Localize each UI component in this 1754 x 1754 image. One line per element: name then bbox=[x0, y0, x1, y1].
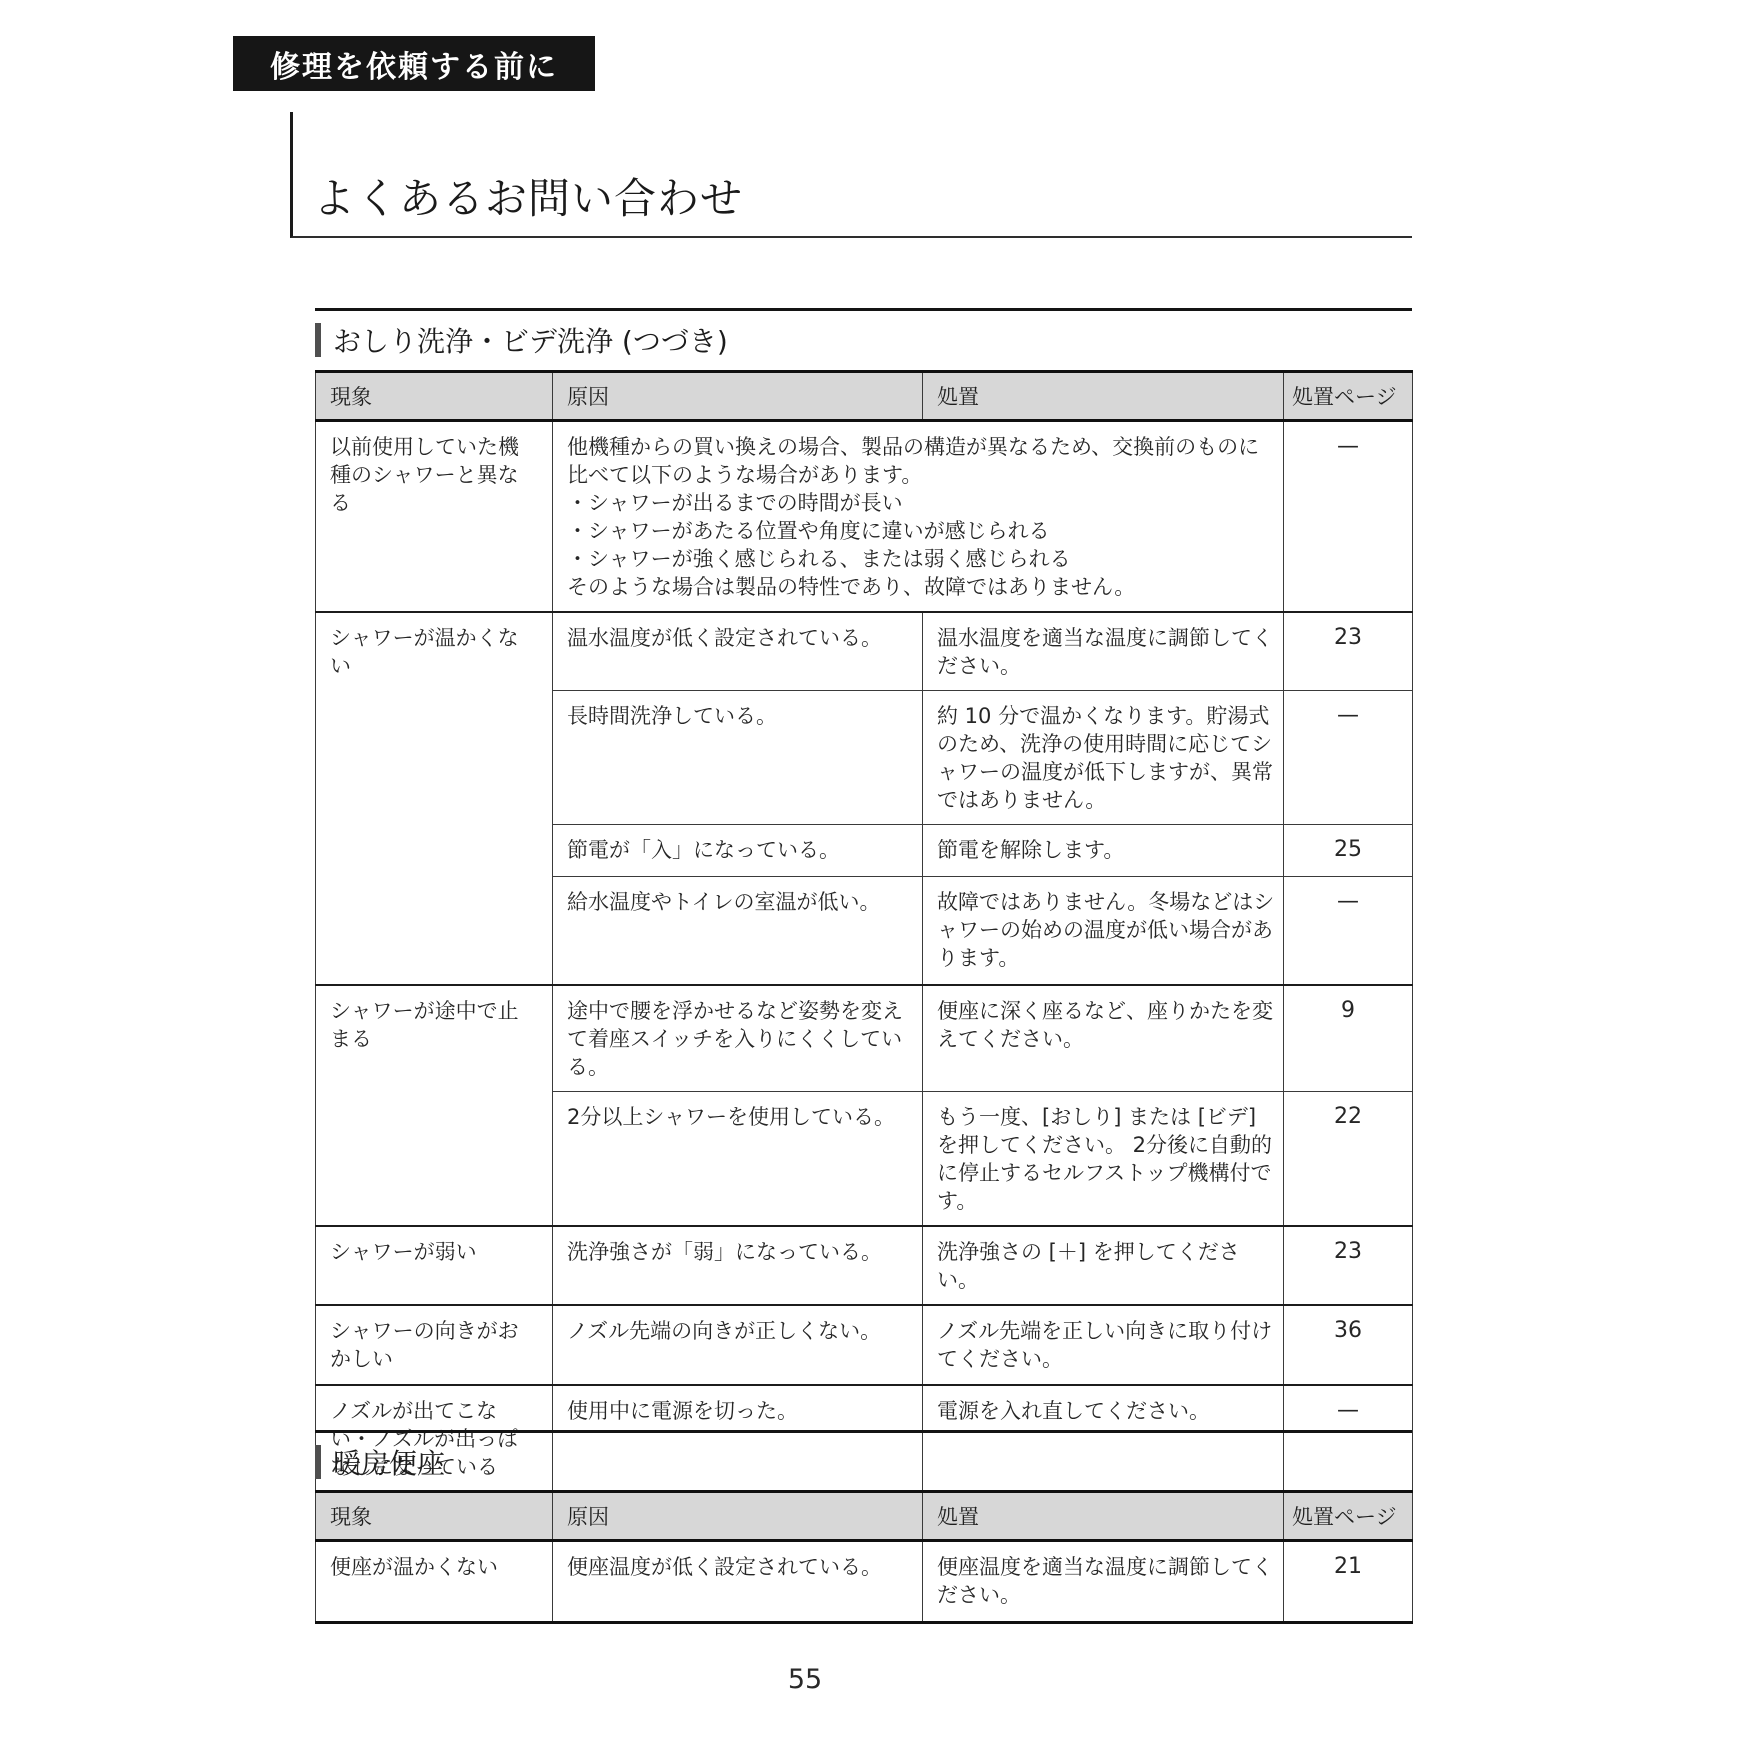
page-ref-cell: — bbox=[1284, 691, 1413, 825]
symptom-cell: シャワーが弱い bbox=[316, 1226, 553, 1305]
page-ref-cell: — bbox=[1284, 877, 1413, 985]
remedy-cell: もう一度、[おしり] または [ビデ] を押してください。 2分後に自動的に停止… bbox=[923, 1091, 1284, 1226]
chapter-tab-label: 修理を依頼する前に bbox=[270, 42, 558, 86]
note-line: そのような場合は製品の特性であり、故障ではありません。 bbox=[567, 573, 1275, 601]
symptom-cell: 便座が温かくない bbox=[316, 1541, 553, 1623]
table-row: 便座が温かくない 便座温度が低く設定されている。 便座温度を適当な温度に調節して… bbox=[316, 1541, 1413, 1623]
remedy-cell: 便座温度を適当な温度に調節してください。 bbox=[923, 1541, 1284, 1623]
cause-cell: ノズル先端の向きが正しくない。 bbox=[553, 1305, 923, 1385]
remedy-cell: 約 10 分で温かくなります。貯湯式のため、洗浄の使用時間に応じてシャワーの温度… bbox=[923, 691, 1284, 825]
note-line: ・シャワーが強く感じられる、または弱く感じられる bbox=[567, 545, 1275, 573]
remedy-cell: 便座に深く座るなど、座りかたを変えてください。 bbox=[923, 985, 1284, 1092]
chapter-tab: 修理を依頼する前に bbox=[233, 36, 595, 91]
table-row: シャワーが弱い 洗浄強さが「弱」になっている。 洗浄強さの [＋] を押してくだ… bbox=[316, 1226, 1413, 1305]
table-row: 以前使用していた機種のシャワーと異なる 他機種からの買い換えの場合、製品の構造が… bbox=[316, 421, 1413, 613]
cause-cell: 長時間洗浄している。 bbox=[553, 691, 923, 825]
page-ref-cell: 23 bbox=[1284, 612, 1413, 691]
column-header-remedy: 処置 bbox=[923, 372, 1284, 421]
page-ref-cell: 21 bbox=[1284, 1541, 1413, 1623]
column-header-page: 処置ページ bbox=[1284, 372, 1413, 421]
cause-cell: 給水温度やトイレの室温が低い。 bbox=[553, 877, 923, 985]
page-ref-cell: 23 bbox=[1284, 1226, 1413, 1305]
table-row: シャワーが温かくない 温水温度が低く設定されている。 温水温度を適当な温度に調節… bbox=[316, 612, 1413, 691]
table-header-row: 現象 原因 処置 処置ページ bbox=[316, 1492, 1413, 1541]
remedy-cell: 節電を解除します。 bbox=[923, 825, 1284, 877]
note-line: ・シャワーがあたる位置や角度に違いが感じられる bbox=[567, 517, 1275, 545]
cause-cell: 2分以上シャワーを使用している。 bbox=[553, 1091, 923, 1226]
troubleshooting-table-seat: 現象 原因 処置 処置ページ 便座が温かくない 便座温度が低く設定されている。 … bbox=[315, 1490, 1413, 1624]
remedy-cell: 温水温度を適当な温度に調節してください。 bbox=[923, 612, 1284, 691]
remedy-cell: ノズル先端を正しい向きに取り付けてください。 bbox=[923, 1305, 1284, 1385]
cause-cell: 節電が「入」になっている。 bbox=[553, 825, 923, 877]
page-ref-cell: 9 bbox=[1284, 985, 1413, 1092]
section-heading-danbou-benza: 暖房便座 bbox=[315, 1430, 1412, 1482]
symptom-cell: シャワーの向きがおかしい bbox=[316, 1305, 553, 1385]
page-title-block: よくあるお問い合わせ bbox=[290, 112, 1412, 238]
column-header-remedy: 処置 bbox=[923, 1492, 1284, 1541]
column-header-page: 処置ページ bbox=[1284, 1492, 1413, 1541]
remedy-cell: 故障ではありません。冬場などはシャワーの始めの温度が低い場合があります。 bbox=[923, 877, 1284, 985]
page-ref-cell: — bbox=[1284, 421, 1413, 613]
column-header-cause: 原因 bbox=[553, 372, 923, 421]
note-line: 他機種からの買い換えの場合、製品の構造が異なるため、交換前のものに比べて以下のよ… bbox=[567, 433, 1275, 489]
symptom-cell: シャワーが温かくない bbox=[316, 612, 553, 985]
cause-cell: 便座温度が低く設定されている。 bbox=[553, 1541, 923, 1623]
page-number: 55 bbox=[775, 1664, 835, 1695]
cause-cell: 温水温度が低く設定されている。 bbox=[553, 612, 923, 691]
page-ref-cell: 22 bbox=[1284, 1091, 1413, 1226]
symptom-cell: シャワーが途中で止まる bbox=[316, 985, 553, 1226]
section-heading-oshiri-bide: おしり洗浄・ビデ洗浄 (つづき) bbox=[315, 308, 1412, 360]
cause-note-cell: 他機種からの買い換えの場合、製品の構造が異なるため、交換前のものに比べて以下のよ… bbox=[553, 421, 1284, 613]
page-ref-cell: 25 bbox=[1284, 825, 1413, 877]
table-header-row: 現象 原因 処置 処置ページ bbox=[316, 372, 1413, 421]
column-header-cause: 原因 bbox=[553, 1492, 923, 1541]
section-heading-bar bbox=[315, 323, 321, 357]
manual-page: { "page": { "chapter_tab": "修理を依頼する前に", … bbox=[0, 0, 1754, 1754]
symptom-cell: 以前使用していた機種のシャワーと異なる bbox=[316, 421, 553, 613]
remedy-cell: 洗浄強さの [＋] を押してください。 bbox=[923, 1226, 1284, 1305]
page-ref-cell: 36 bbox=[1284, 1305, 1413, 1385]
column-header-symptom: 現象 bbox=[316, 1492, 553, 1541]
table-row: シャワーが途中で止まる 途中で腰を浮かせるなど姿勢を変えて着座スイッチを入りにく… bbox=[316, 985, 1413, 1092]
section-heading-bar bbox=[315, 1445, 321, 1479]
cause-cell: 洗浄強さが「弱」になっている。 bbox=[553, 1226, 923, 1305]
section-heading-text: おしり洗浄・ビデ洗浄 (つづき) bbox=[333, 320, 728, 360]
cause-cell: 途中で腰を浮かせるなど姿勢を変えて着座スイッチを入りにくくしている。 bbox=[553, 985, 923, 1092]
section-heading-text: 暖房便座 bbox=[333, 1442, 445, 1482]
table-row: シャワーの向きがおかしい ノズル先端の向きが正しくない。 ノズル先端を正しい向き… bbox=[316, 1305, 1413, 1385]
page-title: よくあるお問い合わせ bbox=[313, 166, 743, 226]
column-header-symptom: 現象 bbox=[316, 372, 553, 421]
troubleshooting-table-wash: 現象 原因 処置 処置ページ 以前使用していた機種のシャワーと異なる 他機種から… bbox=[315, 370, 1413, 1494]
note-line: ・シャワーが出るまでの時間が長い bbox=[567, 489, 1275, 517]
